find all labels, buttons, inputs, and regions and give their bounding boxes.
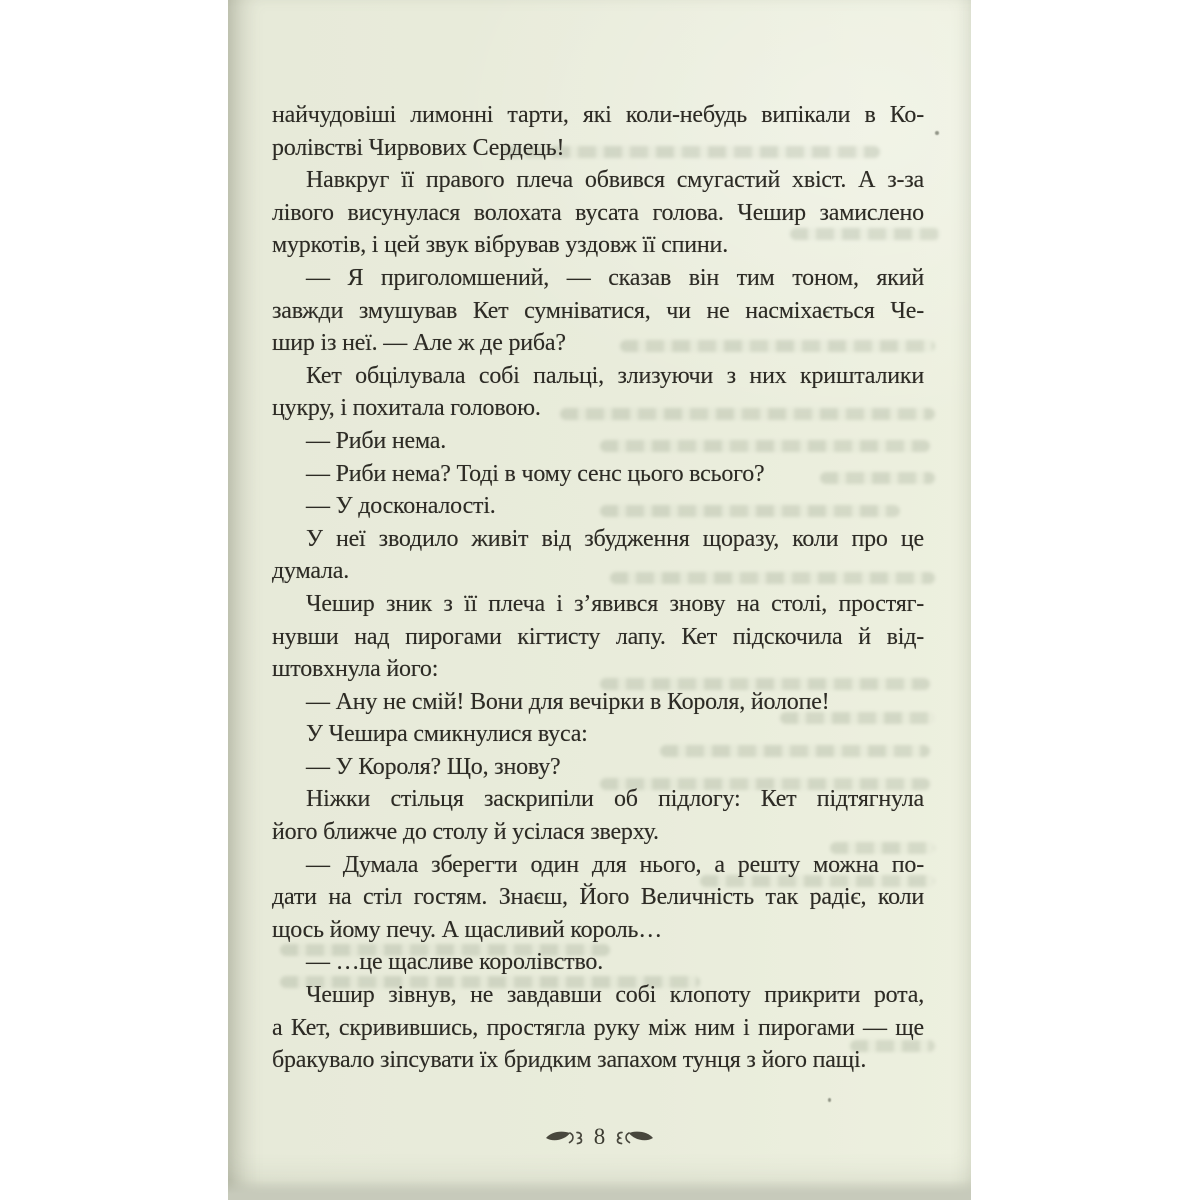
text-line: Кет обцілувала собі пальці, злизуючи з н… [272, 360, 924, 393]
book-page: найчудовіші лимонні тарти, які коли-небу… [228, 0, 971, 1200]
text-line: бракувало зіпсувати їх бридким запахом т… [272, 1044, 924, 1077]
text-line: Ніжки стільця заскрипіли об підлогу: Кет… [272, 783, 924, 816]
scan-area: найчудовіші лимонні тарти, які коли-небу… [0, 0, 1200, 1200]
text-line: нувши над пирогами кігтисту лапу. Кет пі… [272, 621, 924, 654]
text-line: штовхнула його: [272, 653, 924, 686]
text-line: У неї зводило живіт від збудження щоразу… [272, 523, 924, 556]
text-line: — Риби нема. [272, 425, 924, 458]
text-line: щось йому печу. А щасливий король… [272, 914, 924, 947]
text-line: дати на стіл гостям. Знаєш, Його Величні… [272, 881, 924, 914]
text-line: Навкруг її правого плеча обвився смугаст… [272, 164, 924, 197]
text-line: — Риби нема? Тоді в чому сенс цього всьо… [272, 458, 924, 491]
text-line: ролівстві Чирвових Сердець! [272, 132, 924, 165]
text-line: — …це щасливе королівство. [272, 946, 924, 979]
leaf-flourish-left-icon [545, 1129, 585, 1147]
text-line: цукру, і похитала головою. [272, 392, 924, 425]
text-line: завжди змушував Кет сумніватися, чи не н… [272, 295, 924, 328]
text-line: а Кет, скривившись, простягла руку між н… [272, 1012, 924, 1045]
text-line: шир із неї. — Але ж де риба? [272, 327, 924, 360]
text-line: — Я приголомшений, — сказав він тим тоно… [272, 262, 924, 295]
paper-speck [828, 1098, 831, 1102]
text-line: У Чешира смикнулися вуса: [272, 718, 924, 751]
paper-speck [935, 131, 939, 135]
text-line: найчудовіші лимонні тарти, які коли-небу… [272, 99, 924, 132]
page-footer: 8 [228, 1126, 971, 1149]
page-text: найчудовіші лимонні тарти, які коли-небу… [272, 99, 924, 1077]
leaf-flourish-right-icon [614, 1129, 654, 1147]
text-line: його ближче до столу й усілася зверху. [272, 816, 924, 849]
text-line: думала. [272, 555, 924, 588]
page-number: 8 [594, 1125, 606, 1148]
page-bottom-edge [228, 1180, 971, 1200]
text-line: — У Короля? Що, знову? [272, 751, 924, 784]
text-line: — У досконалості. [272, 490, 924, 523]
text-line: Чешир зівнув, не завдавши собі клопоту п… [272, 979, 924, 1012]
text-line: лівого висунулася волохата вусата голова… [272, 197, 924, 230]
text-line: Чешир зник з її плеча і з’явився знову н… [272, 588, 924, 621]
text-line: — Ану не смій! Вони для вечірки в Короля… [272, 686, 924, 719]
text-line: — Думала зберегти один для нього, а решт… [272, 849, 924, 882]
text-line: муркотів, і цей звук вібрував уздовж її … [272, 229, 924, 262]
